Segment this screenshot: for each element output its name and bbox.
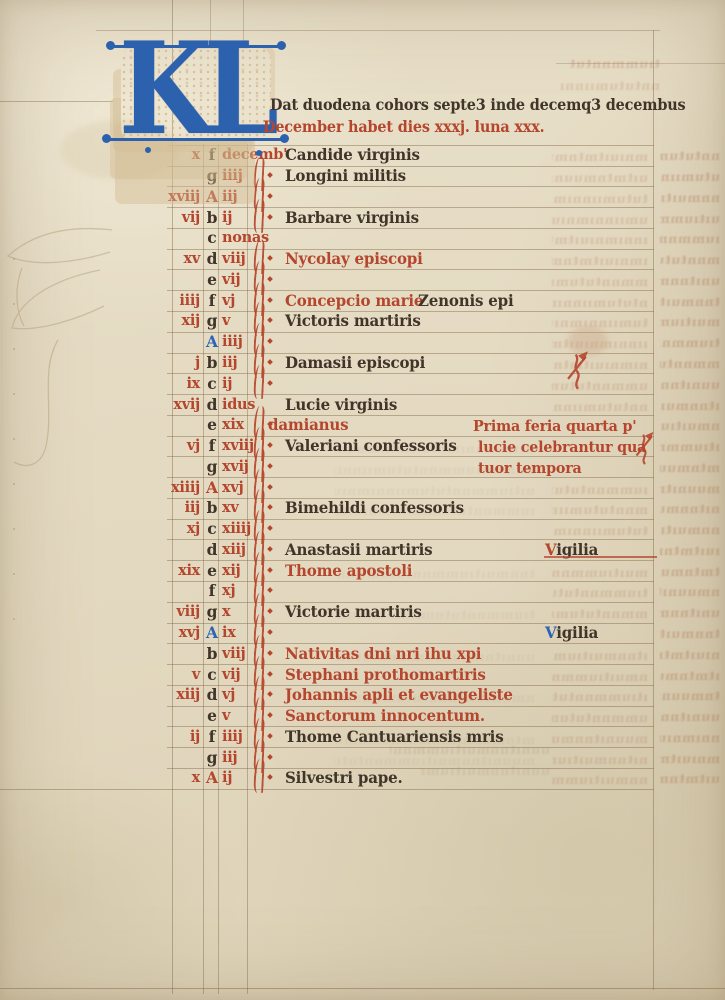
ruled-line bbox=[0, 988, 725, 989]
day-count: vij bbox=[222, 666, 240, 683]
dominical-letter: A bbox=[204, 478, 220, 497]
day-count: xix bbox=[222, 416, 244, 433]
dominical-letter: g bbox=[204, 602, 220, 621]
calendar-row: xiiijAxvj bbox=[0, 478, 725, 499]
calendar-row: gxvij bbox=[0, 457, 725, 478]
prick-mark bbox=[13, 393, 15, 395]
calendar-row: ijfiiijThome Cantuariensis mris bbox=[0, 727, 725, 748]
show-through-line: nnŧuŧumıınnımnıuı bbox=[560, 78, 660, 93]
feast-entry: Valeriani confessoris bbox=[285, 436, 457, 455]
vigilia-underline bbox=[544, 556, 657, 558]
dominical-letter: e bbox=[204, 270, 220, 289]
day-count: ix bbox=[222, 624, 236, 641]
golden-number: xvj bbox=[160, 624, 200, 641]
day-count: vij bbox=[222, 271, 240, 288]
feast-entry: Longini militis bbox=[285, 166, 406, 185]
calendar-row: vcvijStephani prothomartiris bbox=[0, 665, 725, 686]
day-count: xij bbox=[222, 562, 241, 579]
prick-mark bbox=[13, 303, 15, 305]
dominical-letter: b bbox=[204, 353, 220, 372]
mark-diamond bbox=[267, 650, 273, 656]
bar-dot bbox=[145, 147, 151, 153]
vigilia-entry-text: igilia bbox=[556, 623, 598, 642]
day-count: vj bbox=[222, 292, 235, 309]
dominical-letter: d bbox=[204, 249, 220, 268]
golden-number: xiiij bbox=[160, 479, 200, 496]
initial-top-bar bbox=[112, 45, 282, 48]
day-count: viij bbox=[222, 645, 246, 662]
golden-number: j bbox=[160, 354, 200, 371]
golden-number: xj bbox=[160, 520, 200, 537]
bar-dot bbox=[277, 41, 286, 50]
prick-mark bbox=[13, 348, 15, 350]
calendar-row: xixexijThome apostoli bbox=[0, 561, 725, 582]
dominical-letter: c bbox=[204, 665, 220, 684]
golden-number: xv bbox=[160, 250, 200, 267]
feast-entry: Bimehildi confessoris bbox=[285, 498, 464, 517]
calendar-row: xvdviijNycolay episcopi bbox=[0, 249, 725, 270]
mark-diamond bbox=[267, 463, 273, 469]
feast-entry: damianus bbox=[268, 415, 348, 434]
calendar-row: jbiijDamasii episcopi bbox=[0, 353, 725, 374]
day-count: iij bbox=[222, 188, 237, 205]
vigilia-entry: Vigilia bbox=[545, 623, 598, 642]
golden-number: iij bbox=[160, 499, 200, 516]
calendar-row: viijgxVictorie martiris bbox=[0, 602, 725, 623]
dominical-letter: c bbox=[204, 519, 220, 538]
mark-diamond bbox=[267, 754, 273, 760]
feast-entry: Thome apostoli bbox=[285, 561, 412, 580]
day-count: xiij bbox=[222, 541, 246, 558]
calendar-row: xiijdvjJohannis apli et evangeliste bbox=[0, 685, 725, 706]
ruled-line bbox=[0, 101, 113, 102]
day-count: viij bbox=[222, 250, 246, 267]
feast-entry: Zenonis epi bbox=[418, 291, 513, 310]
dominical-letter: d bbox=[204, 540, 220, 559]
mark-diamond bbox=[267, 484, 273, 490]
day-count: xviij bbox=[222, 437, 254, 454]
mark-diamond bbox=[267, 671, 273, 677]
initial-bottom-bar bbox=[107, 138, 286, 141]
dominical-letter: d bbox=[204, 395, 220, 414]
prick-mark bbox=[13, 483, 15, 485]
prick-mark bbox=[13, 258, 15, 260]
mark-diamond bbox=[267, 733, 273, 739]
golden-number: xvij bbox=[160, 396, 200, 413]
dominical-letter: A bbox=[204, 187, 220, 206]
mark-diamond bbox=[267, 318, 273, 324]
mark-diamond bbox=[267, 380, 273, 386]
calendar-row: Aiiij bbox=[0, 332, 725, 353]
dominical-letter: g bbox=[204, 166, 220, 185]
mark-diamond bbox=[267, 359, 273, 365]
calendar-verse: Dat duodena cohors septe3 inde decemq3 d… bbox=[270, 95, 685, 114]
golden-number: vij bbox=[160, 209, 200, 226]
dominical-letter: f bbox=[204, 291, 220, 310]
prick-mark bbox=[13, 618, 15, 620]
feast-entry: Damasii episcopi bbox=[285, 353, 425, 372]
day-count: xvij bbox=[222, 458, 249, 475]
reference-mark-icon bbox=[564, 349, 592, 391]
feast-entry: Lucie virginis bbox=[285, 395, 397, 414]
dominical-letter: g bbox=[204, 457, 220, 476]
mark-diamond bbox=[267, 629, 273, 635]
calendar-row: xAijSilvestri pape. bbox=[0, 768, 725, 789]
golden-number: ij bbox=[160, 728, 200, 745]
marginal-note-line: lucie celebrantur qua bbox=[478, 438, 646, 456]
dominical-letter: c bbox=[204, 374, 220, 393]
marginal-note-line: Prima feria quarta p' bbox=[473, 417, 636, 435]
feast-entry: Barbare virginis bbox=[285, 208, 419, 227]
mark-diamond bbox=[267, 546, 273, 552]
feast-entry: Candide virginis bbox=[285, 145, 420, 164]
calendar-row: fxj bbox=[0, 581, 725, 602]
day-count: x bbox=[222, 603, 230, 620]
dominical-letter: e bbox=[204, 706, 220, 725]
calendar-row: evSanctorum innocentum. bbox=[0, 706, 725, 727]
feast-entry: Victorie martiris bbox=[285, 602, 422, 621]
golden-number: vj bbox=[160, 437, 200, 454]
day-count: iij bbox=[222, 354, 237, 371]
manuscript-page: nnŧuŧumıınmnıuıŧmŧnmuunıŧnuŧumıınnımuıŧm… bbox=[0, 0, 725, 1000]
calendar-row: evij bbox=[0, 270, 725, 291]
dominical-letter: f bbox=[204, 436, 220, 455]
dominical-letter: A bbox=[204, 332, 220, 351]
feast-entry: Sanctorum innocentum. bbox=[285, 706, 485, 725]
day-count: xj bbox=[222, 582, 235, 599]
calendar-row: xjcxiiij bbox=[0, 519, 725, 540]
dominical-letter: e bbox=[204, 561, 220, 580]
day-count: ij bbox=[222, 209, 232, 226]
calendar-row: giij bbox=[0, 748, 725, 769]
golden-number: x bbox=[160, 769, 200, 786]
marginal-note-line: tuor tempora bbox=[478, 459, 582, 477]
calendar-row: bviijNativitas dni nri ihu xpi bbox=[0, 644, 725, 665]
day-count: ij bbox=[222, 769, 232, 786]
golden-number: xix bbox=[160, 562, 200, 579]
dominical-letter: b bbox=[204, 208, 220, 227]
mark-diamond bbox=[267, 567, 273, 573]
day-count: xv bbox=[222, 499, 238, 516]
dominical-letter: f bbox=[204, 581, 220, 600]
feast-entry: Nativitas dni nri ihu xpi bbox=[285, 644, 481, 663]
mark-diamond bbox=[267, 691, 273, 697]
calendar-row: ixcij bbox=[0, 374, 725, 395]
dominical-letter: g bbox=[204, 748, 220, 767]
day-count: vj bbox=[222, 686, 235, 703]
mark-diamond bbox=[267, 442, 273, 448]
mark-diamond bbox=[267, 775, 273, 781]
feast-entry: Concepcio marie bbox=[285, 291, 423, 310]
golden-number: xij bbox=[160, 312, 200, 329]
month-length-line: December habet dies xxxj. luna xxx. bbox=[263, 117, 544, 136]
golden-number: ix bbox=[160, 375, 200, 392]
prick-mark bbox=[13, 438, 15, 440]
day-count: xvj bbox=[222, 479, 243, 496]
prick-mark bbox=[13, 573, 15, 575]
feast-entry: Victoris martiris bbox=[285, 311, 421, 330]
dominical-letter: A bbox=[204, 623, 220, 642]
mark-diamond bbox=[267, 276, 273, 282]
feast-entry: Silvestri pape. bbox=[285, 768, 403, 787]
reference-mark-icon bbox=[633, 430, 657, 466]
day-count: xiiij bbox=[222, 520, 251, 537]
dominical-letter: d bbox=[204, 685, 220, 704]
day-count: v bbox=[222, 312, 230, 329]
show-through-line: ŧıummnnŧuŧumıınn bbox=[568, 56, 660, 71]
mark-diamond bbox=[267, 505, 273, 511]
golden-number: viij bbox=[160, 603, 200, 620]
mark-diamond bbox=[267, 255, 273, 261]
golden-number: xiij bbox=[160, 686, 200, 703]
bar-dot bbox=[256, 150, 262, 156]
bar-dot bbox=[102, 134, 111, 143]
dominical-letter: c bbox=[204, 228, 220, 247]
day-count: idus bbox=[222, 396, 255, 413]
dominical-letter: f bbox=[204, 727, 220, 746]
day-count: iiij bbox=[222, 728, 243, 745]
mark-diamond bbox=[267, 608, 273, 614]
mark-diamond bbox=[267, 712, 273, 718]
feast-entry: Nycolay episcopi bbox=[285, 249, 423, 268]
mark-diamond bbox=[267, 588, 273, 594]
dominical-letter: e bbox=[204, 415, 220, 434]
day-count: v bbox=[222, 707, 230, 724]
feast-entry: Stephani prothomartiris bbox=[285, 665, 486, 684]
calendar-row: iijbxvBimehildi confessoris bbox=[0, 498, 725, 519]
calendar-row: cnonas bbox=[0, 228, 725, 249]
mark-diamond bbox=[267, 338, 273, 344]
day-count: iiij bbox=[222, 167, 243, 184]
prick-mark bbox=[13, 528, 15, 530]
feast-entry: Anastasii martiris bbox=[285, 540, 432, 559]
bar-dot bbox=[106, 41, 115, 50]
calendar-row: vijbijBarbare virginis bbox=[0, 208, 725, 229]
mark-diamond bbox=[267, 172, 273, 178]
calendar-row: xvjAixVigilia bbox=[0, 623, 725, 644]
calendar-row: xijgvVictoris martiris bbox=[0, 311, 725, 332]
calendar-row: xviijAiij bbox=[0, 187, 725, 208]
feast-entry: Thome Cantuariensis mris bbox=[285, 727, 503, 746]
golden-number: v bbox=[160, 666, 200, 683]
day-count: iiij bbox=[222, 333, 243, 350]
feast-entry: Johannis apli et evangeliste bbox=[285, 685, 513, 704]
day-count: iij bbox=[222, 749, 237, 766]
dominical-letter: g bbox=[204, 311, 220, 330]
calendar-row: xvijdidusLucie virginis bbox=[0, 395, 725, 416]
golden-number: iiij bbox=[160, 292, 200, 309]
dominical-letter: A bbox=[204, 768, 220, 787]
day-count: ij bbox=[222, 375, 232, 392]
mark-diamond bbox=[267, 193, 273, 199]
mark-diamond bbox=[267, 214, 273, 220]
calendar-row: iiijfvjConcepcio marie Zenonis epi bbox=[0, 291, 725, 312]
dominical-letter: b bbox=[204, 498, 220, 517]
mark-diamond bbox=[267, 525, 273, 531]
golden-number: xviij bbox=[160, 188, 200, 205]
dominical-letter: b bbox=[204, 644, 220, 663]
mark-diamond bbox=[267, 297, 273, 303]
